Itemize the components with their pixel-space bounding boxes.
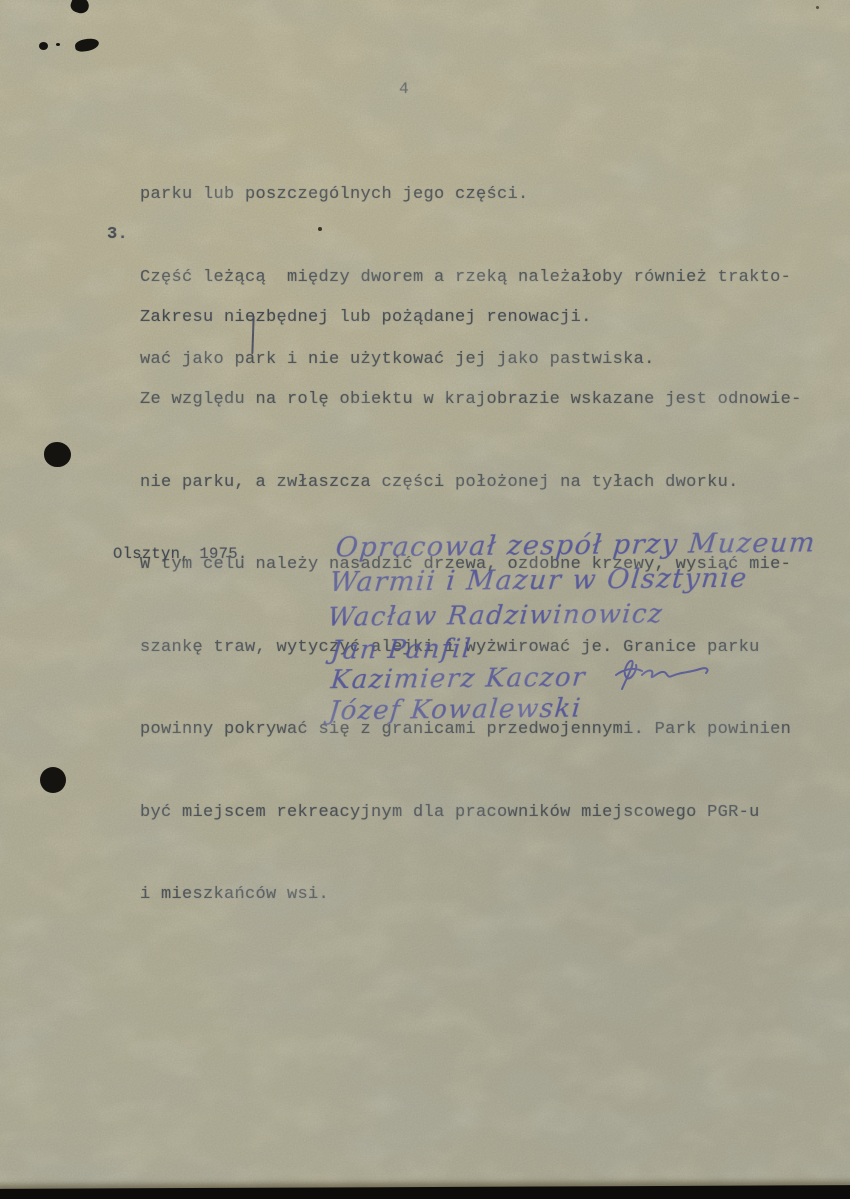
ink-speck <box>816 6 819 9</box>
ink-dot-left-margin <box>44 442 71 467</box>
dateline: Olsztyn, 1975. <box>113 541 247 569</box>
text-line: nie parku, a zwłaszcza części położonej … <box>140 469 802 497</box>
handwritten-line: Opracował zespół przy Muzeum <box>334 527 817 563</box>
handwritten-line: Warmii i Mazur w Olsztynie <box>328 563 749 598</box>
ink-speck <box>318 227 322 231</box>
handwritten-signature: Jan Panfil <box>330 634 474 665</box>
handwritten-signature: Józef Kowalewski <box>327 694 583 727</box>
handwritten-signature: Kazimierz Kaczor <box>329 663 587 696</box>
text-line: parku lub poszczególnych jego części. <box>140 181 791 209</box>
signature-paraph <box>608 655 718 700</box>
list-item-number: 3. <box>107 221 128 249</box>
ink-blot <box>39 42 48 50</box>
scan-edge-shadow <box>0 1185 850 1199</box>
text-line: i mieszkańców wsi. <box>140 881 802 909</box>
section-heading: Zakresu niezbędnej lub pożądanej renowac… <box>140 304 802 332</box>
ink-blot <box>69 0 91 16</box>
handwritten-signature: Wacław Radziwinowicz <box>326 599 664 633</box>
text-line: być miejscem rekreacyjnym dla pracownikó… <box>140 799 802 827</box>
ink-speck <box>56 43 60 46</box>
page-number: 4 <box>399 76 409 104</box>
document-page: 4 parku lub poszczególnych jego części. … <box>0 0 850 1199</box>
text-line: Ze względu na rolę obiektu w krajobrazie… <box>140 386 802 414</box>
ink-blot <box>74 37 99 52</box>
ink-dot-left-margin <box>40 767 66 793</box>
